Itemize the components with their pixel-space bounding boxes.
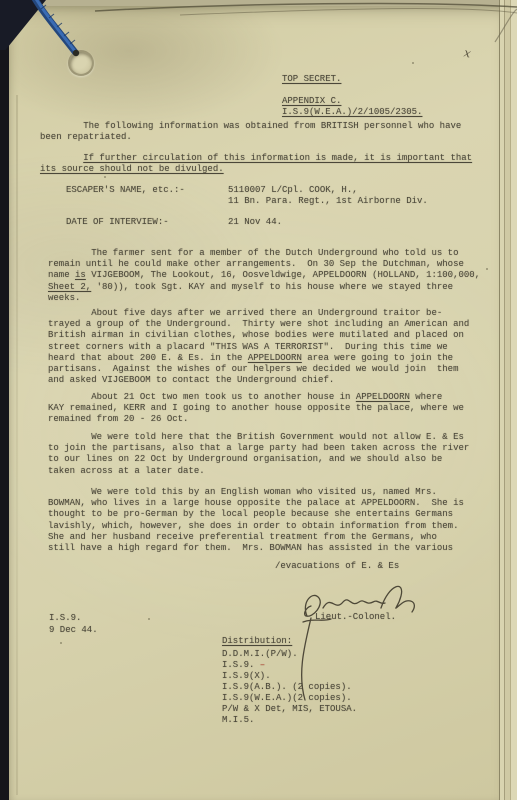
paper-speck [486,268,488,270]
classification-heading: TOP SECRET. [282,74,341,85]
paper-crease [16,95,18,795]
punch-hole [68,50,94,76]
paper-speck [148,618,150,620]
paragraph-told-here: We were told here that the British Gover… [48,432,469,477]
continuation-line: /evacuations of E. & Es [275,561,399,572]
interview-date-label: DATE OF INTERVIEW:- [66,217,169,228]
reference-number: I.S.9(W.E.A.)/2/1005/2305. [282,107,422,118]
document-photo: x TOP SECRET. APPENDIX C. I.S.9(W.E.A.)/… [0,0,517,800]
distribution-item: I.S.9(W.E.A.)(2 copies). [222,693,352,704]
escaper-name-value: 5110007 L/Cpl. COOK, H., 11 Bn. Para. Re… [228,185,428,207]
backdrop-left-edge [0,0,9,800]
distribution-item: I.S.9(X). [222,671,271,682]
page-stack-right-edge [499,0,517,800]
distribution-item: P/W & X Det, MIS, ETOUSA. [222,704,357,715]
paragraph-traitor: About five days after we arrived there a… [48,308,469,386]
interview-date-value: 21 Nov 44. [228,217,282,228]
warning-paragraph: If further circulation of this informati… [40,153,472,175]
paper-speck [412,62,414,64]
appendix-heading: APPENDIX C. [282,96,341,107]
paragraph-move: About 21 Oct two men took us to another … [48,392,464,426]
issue-date: 9 Dec 44. [49,625,98,636]
paragraph-farmer: The farmer sent for a member of the Dutc… [48,248,480,304]
issuing-unit: I.S.9. [49,613,81,624]
distribution-item: I.S.9. – [222,660,265,671]
paragraph-bowman: We were told this by an English woman wh… [48,487,464,554]
intro-paragraph: The following information was obtained f… [40,121,461,143]
signature-rank: Lieut.-Colonel. [315,612,396,623]
distribution-heading: Distribution: [222,636,292,647]
distribution-item: M.I.5. [222,715,254,726]
paper-speck [60,642,62,644]
escaper-name-label: ESCAPER'S NAME, etc.:- [66,185,185,196]
distribution-item: D.D.M.I.(P/W). [222,649,298,660]
distribution-item: I.S.9(A.B.). (2 copies). [222,682,352,693]
paper-speck [104,176,106,178]
